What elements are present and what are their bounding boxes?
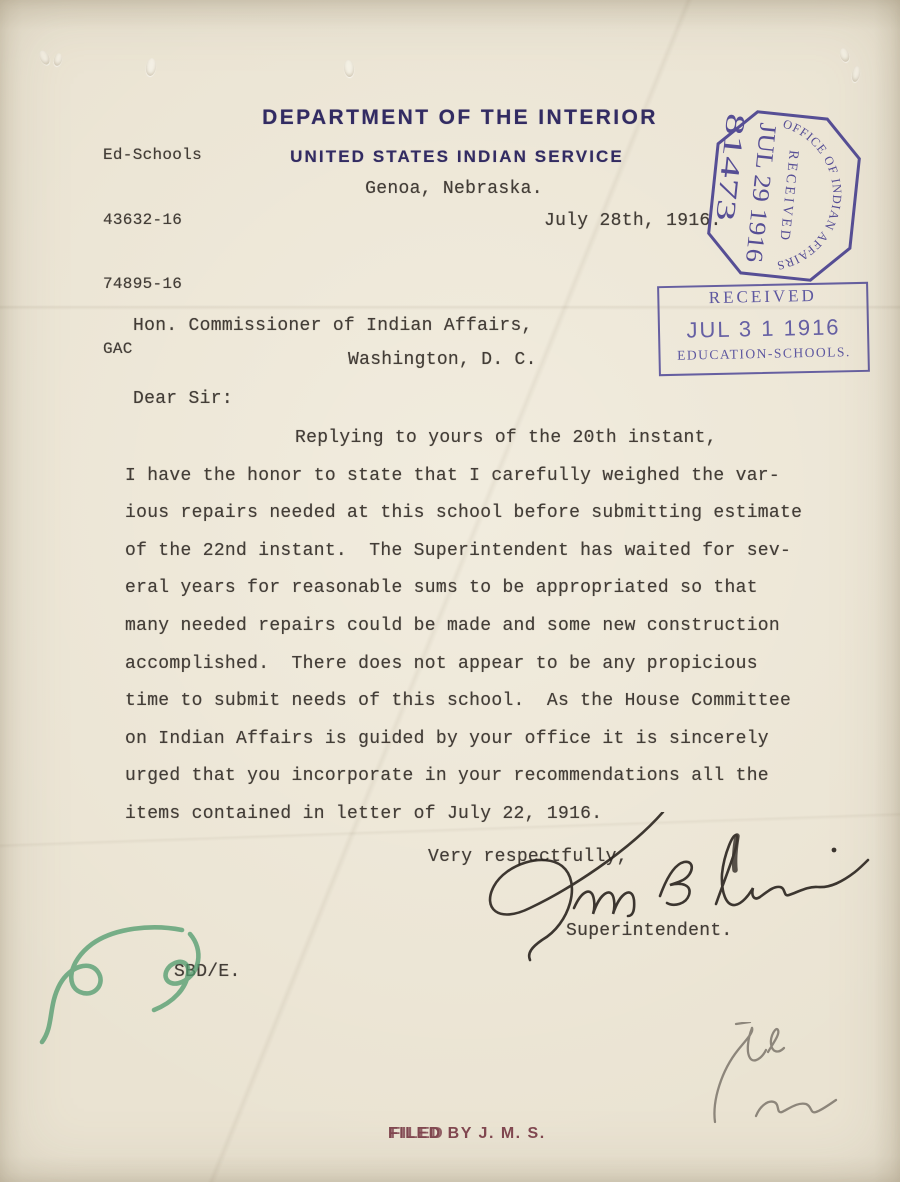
ref-line: Ed-Schools (103, 145, 202, 167)
staple-mark (53, 52, 64, 67)
letter-page: Ed-Schools 43632-16 74895-16 GAC DEPARTM… (0, 0, 900, 1182)
ref-line: 74895-16 (103, 274, 202, 296)
staple-mark (838, 47, 851, 63)
filed-by-stamp: FILED BY J. M. S. (388, 1125, 546, 1143)
staple-mark (37, 49, 51, 66)
letterhead-department: DEPARTMENT OF THE INTERIOR (262, 106, 658, 130)
rect-stamp-division: EDUCATION-SCHOOLS. (677, 344, 851, 364)
recipient-line-1: Hon. Commissioner of Indian Affairs, (133, 316, 533, 336)
pencil-file-note (660, 1022, 850, 1132)
stamp-received-label: RECEIVED (776, 149, 801, 243)
body-line: accomplished. There does not appear to b… (125, 654, 825, 692)
ref-line: GAC (103, 339, 202, 361)
letterhead-service: UNITED STATES INDIAN SERVICE (290, 147, 624, 167)
valediction: Very respectfully, (428, 847, 628, 867)
staple-mark (851, 65, 862, 82)
stamp-arc-text: OFFICE OF INDIAN AFFAIRS (766, 116, 852, 279)
body-line: eral years for reasonable sums to be app… (125, 578, 825, 616)
staple-mark (343, 60, 355, 78)
salutation: Dear Sir: (133, 389, 233, 409)
body-line: time to submit needs of this school. As … (125, 691, 825, 729)
letter-date: July 28th, 1916. (544, 211, 722, 231)
letter-body: Replying to yours of the 20th instant, I… (125, 428, 825, 842)
staple-mark (145, 57, 157, 76)
body-line: ious repairs needed at this school befor… (125, 503, 825, 541)
file-reference-block: Ed-Schools 43632-16 74895-16 GAC (103, 102, 202, 403)
filed-rest: BY J. M. S. (442, 1125, 546, 1142)
rect-stamp-received: RECEIVED (709, 286, 817, 308)
svg-text:OFFICE OF INDIAN AFFAIRS: OFFICE OF INDIAN AFFAIRS (766, 116, 852, 279)
body-line: of the 22nd instant. The Superintendent … (125, 541, 825, 579)
rect-stamp-date: JUL 3 1 1916 (686, 314, 841, 343)
signer-title: Superintendent. (566, 921, 733, 941)
body-line: many needed repairs could be made and so… (125, 616, 825, 654)
body-line: urged that you incorporate in your recom… (125, 766, 825, 804)
ref-line: 43632-16 (103, 210, 202, 232)
reference-initials: SBD/E. (174, 962, 241, 982)
recipient-line-2: Washington, D. C. (348, 350, 537, 370)
green-pencil-mark (32, 922, 217, 1047)
body-line: Replying to yours of the 20th instant, (125, 428, 825, 466)
filed-word: FILED (388, 1125, 442, 1142)
body-line: on Indian Affairs is guided by your offi… (125, 729, 825, 767)
letterhead-location: Genoa, Nebraska. (365, 179, 543, 199)
rect-received-stamp: RECEIVED JUL 3 1 1916 EDUCATION-SCHOOLS. (657, 282, 870, 376)
body-line: items contained in letter of July 22, 19… (125, 804, 825, 842)
octagon-received-stamp: OFFICE OF INDIAN AFFAIRS RECEIVED JUL 29… (701, 104, 868, 289)
body-line: I have the honor to state that I careful… (125, 466, 825, 504)
